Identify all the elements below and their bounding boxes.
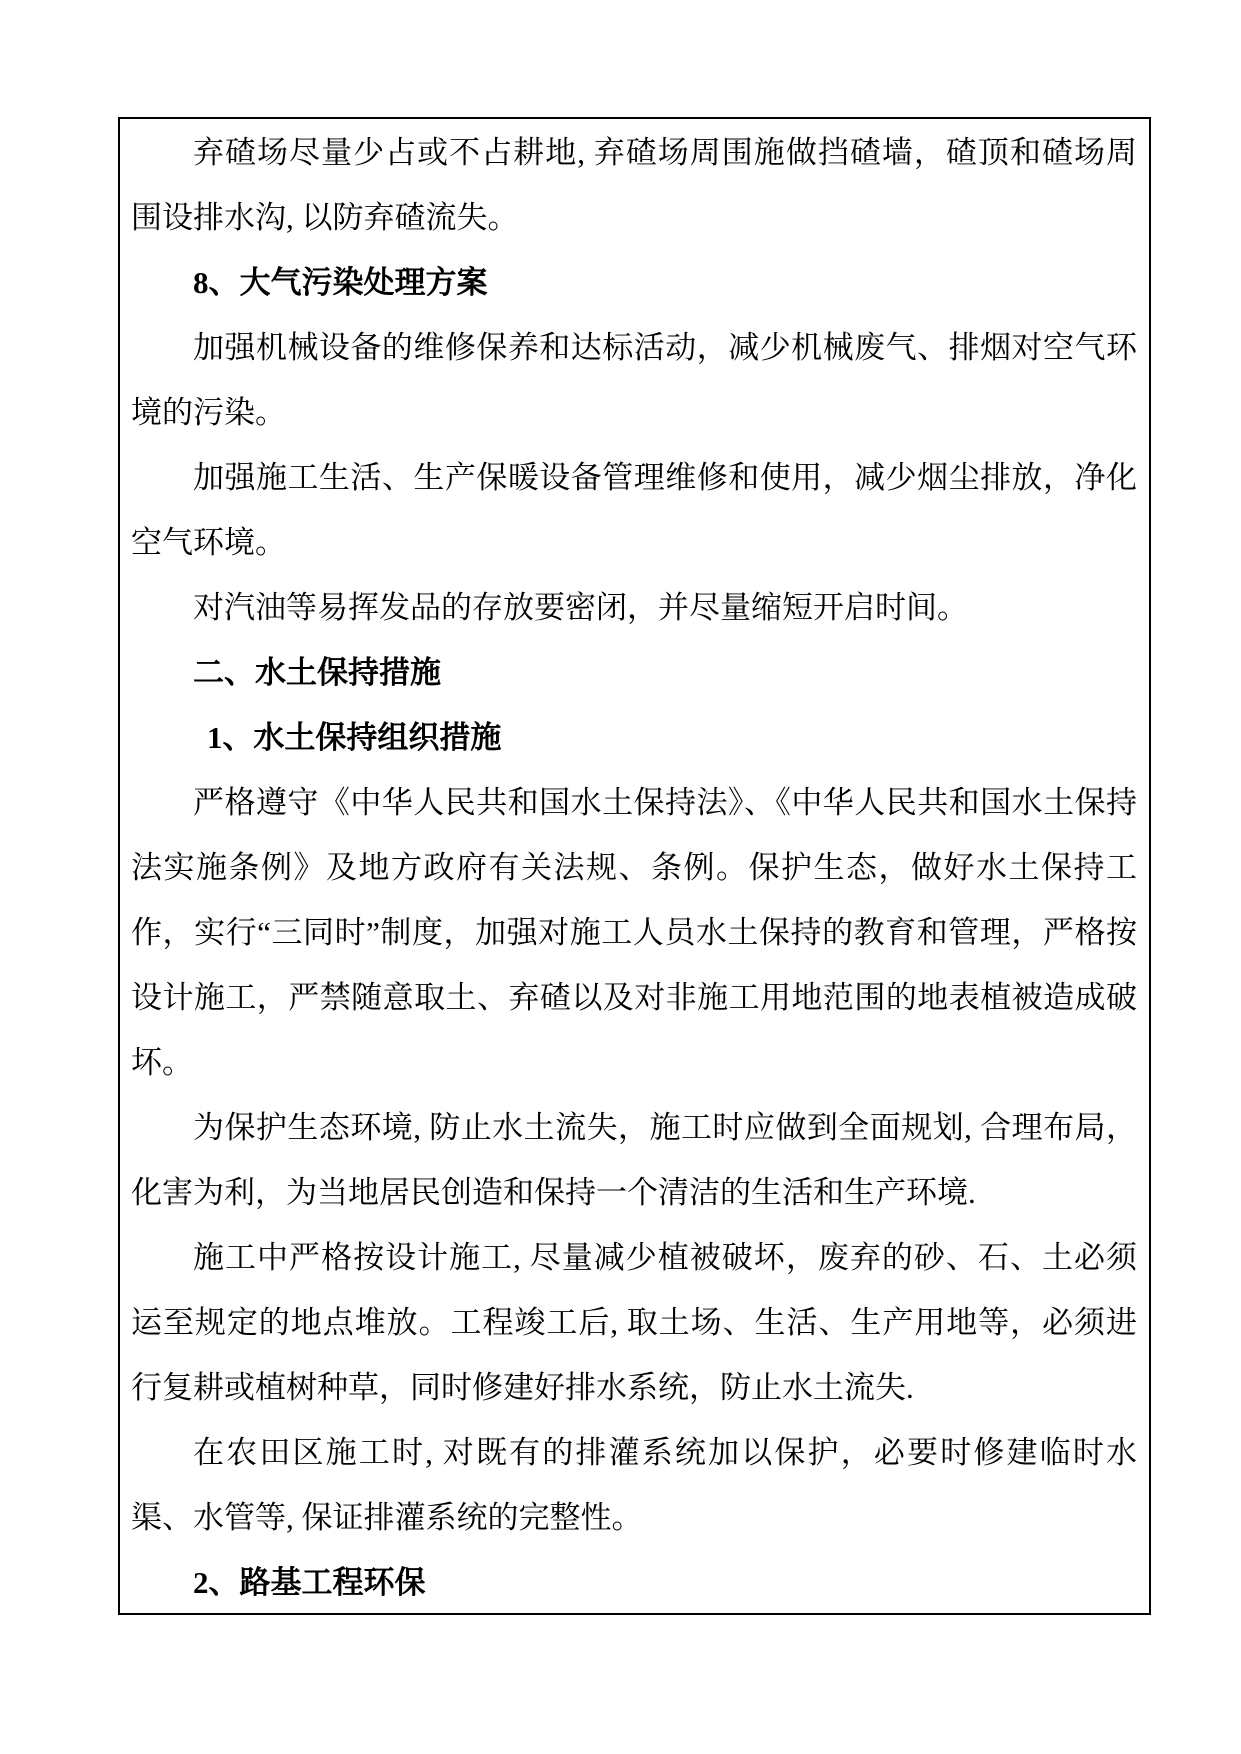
paragraph-machinery-exhaust: 加强机械设备的维修保养和达标活动，减少机械废气、排烟对空气环境的污染。 [131, 315, 1137, 445]
paragraph-heating-equipment: 加强施工生活、生产保暖设备管理维修和使用，减少烟尘排放，净化空气环境。 [131, 445, 1137, 575]
paragraph-laws-compliance: 严格遵守《中华人民共和国水土保持法》、《中华人民共和国水土保持法实施条例》及地方… [131, 770, 1137, 1095]
paragraph-farmland-irrigation: 在农田区施工时, 对既有的排灌系统加以保护，必要时修建临时水渠、水管等, 保证排… [131, 1420, 1137, 1550]
paragraph-spoil-ground: 弃碴场尽量少占或不占耕地, 弃碴场周围施做挡碴墙，碴顶和碴场周围设排水沟, 以防… [131, 120, 1137, 250]
paragraph-gasoline-storage: 对汽油等易挥发品的存放要密闭，并尽量缩短开启时间。 [131, 575, 1137, 640]
heading-roadbed-environmental: 2、路基工程环保 [131, 1550, 1137, 1615]
paragraph-construction-per-design: 施工中严格按设计施工, 尽量减少植被破坏，废弃的砂、石、土必须运至规定的地点堆放… [131, 1225, 1137, 1420]
heading-soil-water-conservation: 二、水土保持措施 [131, 640, 1137, 705]
heading-air-pollution-plan: 8、大气污染处理方案 [131, 250, 1137, 315]
heading-organization-measures: 1、水土保持组织措施 [131, 705, 1137, 770]
document-page: 弃碴场尽量少占或不占耕地, 弃碴场周围施做挡碴墙，碴顶和碴场周围设排水沟, 以防… [118, 117, 1151, 1615]
paragraph-ecology-protection: 为保护生态环境, 防止水土流失，施工时应做到全面规划, 合理布局，化害为利，为当… [131, 1095, 1137, 1225]
